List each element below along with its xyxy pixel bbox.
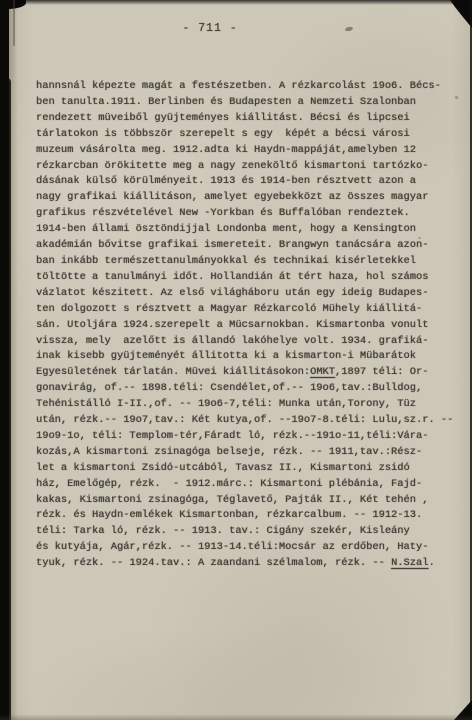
text-line: töltötte a tanulmányi időt. Hollandián á… <box>36 270 456 286</box>
text-line: után, rézk.-- 19o7,tav.: Két kutya,of. -… <box>36 413 456 429</box>
text-line: akadémián bővitse grafikai ismereteit. B… <box>36 238 456 254</box>
text-line: ben tanulta.1911. Berlinben és Budapeste… <box>36 95 456 111</box>
text-line: ten dolgozott s résztvett a Magyar Rézka… <box>36 302 456 318</box>
underlined-abbreviation: N.Szal <box>391 557 428 569</box>
text-line: rézk. és Haydn-emlékek Kismartonban, réz… <box>36 508 456 524</box>
text-line: ban inkább természettanulmányokkal és te… <box>36 254 456 270</box>
text-line: 1914-ben állami ösztöndijjal Londonba me… <box>36 222 456 238</box>
text-line: grafikus részvételével New -Yorkban és B… <box>36 206 456 222</box>
text-line: kakas, Kismartoni zsinagóga, Téglavető, … <box>36 493 456 509</box>
text-line: gonavirág, of.-- 1898.téli: Csendélet,of… <box>36 381 456 397</box>
text-line: és kutyája, Agár,rézk. -- 1913-14.téli:M… <box>36 540 456 556</box>
text-line: nagy grafikai kiállitáson, amelyet egyeb… <box>36 190 456 206</box>
page-number: - 711 - <box>0 21 420 35</box>
text-line: Tehénistálló I-II.,of. -- 19o6-7,téli: M… <box>36 397 456 413</box>
text-line: Egyesületének tárlatán. Müvei kiállitáso… <box>36 365 456 381</box>
text-line: sán. Utoljára 1924.szerepelt a Mücsarnok… <box>36 318 456 334</box>
scan-edge-top <box>0 0 472 5</box>
text-line: tyuk, rézk. -- 1924.tav.: A zaandani szé… <box>36 556 456 572</box>
scanned-document-page: - 711 - hannsnál képezte magát a festész… <box>0 0 472 720</box>
text-line: let a kismartoni Zsidó-utcából, Tavasz I… <box>36 461 456 477</box>
text-line: kozás,A kismartoni zsinagóga belseje, ré… <box>36 445 456 461</box>
body-text: hannsnál képezte magát a festészetben. A… <box>36 79 456 572</box>
text-line: vissza, mely azelőtt is állandó lakóhely… <box>36 334 456 350</box>
paper-edge-shadow <box>9 0 18 720</box>
text-line: inak kisebb gyüjteményét állitotta ki a … <box>36 349 456 365</box>
text-line: tárlatokon is többször szerepelt s egy k… <box>36 127 456 143</box>
text-line: dásának külső körülményeit. 1913 és 1914… <box>36 174 456 190</box>
text-line: rendezett müveiből gyüjteményes kiállitá… <box>36 111 456 127</box>
text-line: hannsnál képezte magát a festészetben. A… <box>36 79 456 95</box>
text-line: rézkarcban örökitette meg a nagy zeneköl… <box>36 159 456 175</box>
text-line: ház, Emelőgép, rézk. - 1912.márc.: Kisma… <box>36 477 456 493</box>
text-line: 19o9-1o, téli: Templom-tér,Fáradt ló, ré… <box>36 429 456 445</box>
text-line: muzeum vásárolta meg. 1912.adta ki Haydn… <box>36 143 456 159</box>
text-line: téli: Tarka ló, rézk. -- 1913. tav.: Cig… <box>36 524 456 540</box>
scan-edge-bottom <box>0 714 472 720</box>
underlined-abbreviation: OMKT <box>310 366 335 378</box>
text-line: vázlatot készitett. Az első világháboru … <box>36 286 456 302</box>
